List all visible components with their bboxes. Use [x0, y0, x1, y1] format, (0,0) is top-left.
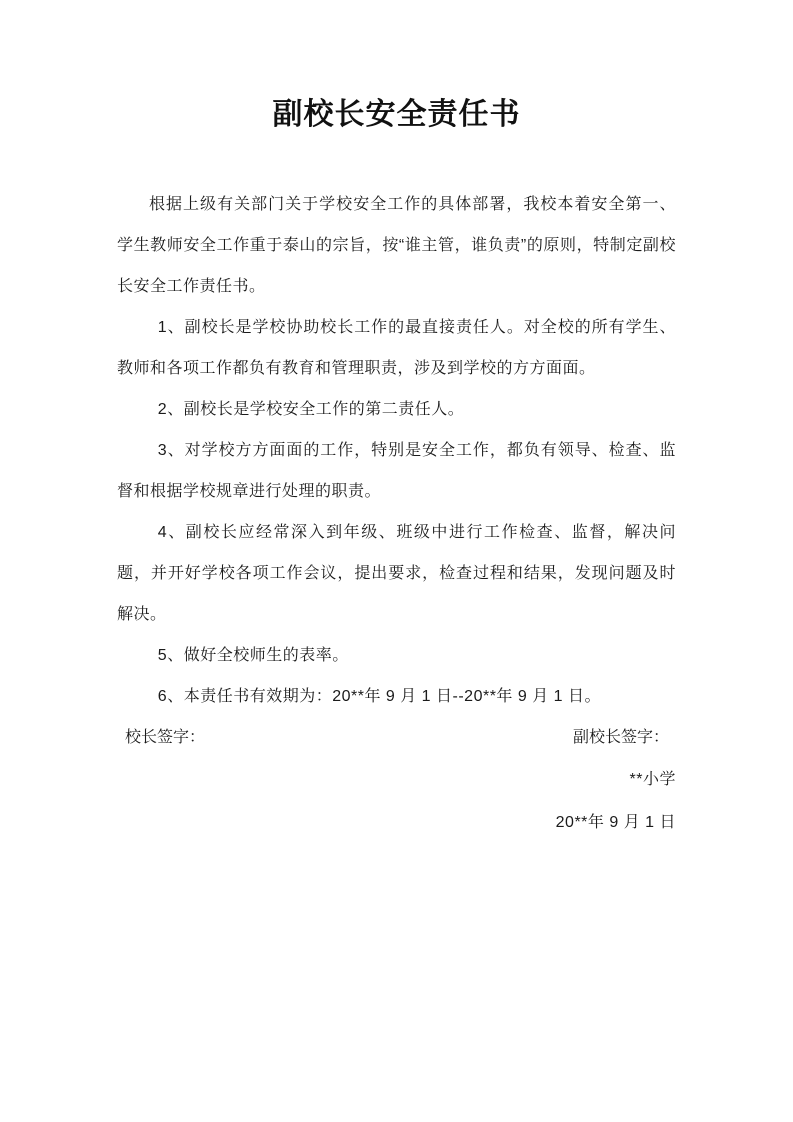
document-title: 副校长安全责任书 — [117, 96, 676, 134]
paragraph-item-2: 2、副校长是学校安全工作的第二责任人。 — [117, 389, 676, 430]
document-page: 副校长安全责任书 根据上级有关部门关于学校安全工作的具体部署，我校本着安全第一、… — [0, 0, 793, 1122]
paragraph-intro: 根据上级有关部门关于学校安全工作的具体部署，我校本着安全第一、学生教师安全工作重… — [117, 184, 676, 307]
signature-row: 校长签字： 副校长签字： — [117, 717, 676, 758]
closing-date: 20**年 9 月 1 日 — [117, 801, 676, 844]
closing-school-name: **小学 — [117, 758, 676, 801]
paragraph-item-6: 6、本责任书有效期为：20**年 9 月 1 日--20**年 9 月 1 日。 — [117, 676, 676, 717]
paragraph-item-5: 5、做好全校师生的表率。 — [117, 635, 676, 676]
paragraph-item-4: 4、副校长应经常深入到年级、班级中进行工作检查、监督，解决问题，并开好学校各项工… — [117, 512, 676, 635]
paragraph-item-1: 1、副校长是学校协助校长工作的最直接责任人。对全校的所有学生、教师和各项工作都负… — [117, 307, 676, 389]
paragraph-item-3: 3、对学校方方面面的工作，特别是安全工作，都负有领导、检查、监督和根据学校规章进… — [117, 430, 676, 512]
document-body: 根据上级有关部门关于学校安全工作的具体部署，我校本着安全第一、学生教师安全工作重… — [117, 184, 676, 844]
vice-principal-signature-label: 副校长签字： — [573, 717, 669, 758]
principal-signature-label: 校长签字： — [125, 717, 205, 758]
